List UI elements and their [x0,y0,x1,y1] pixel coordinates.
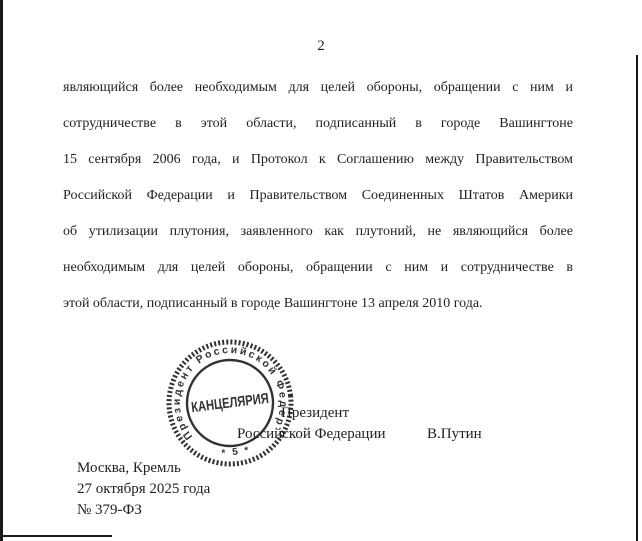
body-text-line: об утилизации плутония, заявленного как … [63,214,573,250]
document-page: 2 являющийся более необходимым для целей… [0,0,642,541]
body-text-line: этой области, подписанный в городе Вашин… [63,286,573,322]
stamp-bottom-text: * 5 * [221,445,251,459]
body-text-line: Российской Федерации и Правительством Со… [63,178,573,214]
page-number: 2 [0,38,642,55]
footer-number: № 379-ФЗ [77,500,210,521]
scan-border-bottom-left [0,535,112,537]
body-text-line: 15 сентября 2006 года, и Протокол к Согл… [63,142,573,178]
scan-border-left [0,0,3,541]
signature-name: В.Путин [427,426,482,443]
law-paragraph: являющийся более необходимым для целей о… [63,70,573,322]
body-text-line: сотрудничестве в этой области, подписанн… [63,106,573,142]
body-text-line: являющийся более необходимым для целей о… [63,70,573,106]
chancellery-stamp-icon: Президент Российской Федерации КАНЦЕЛЯРИ… [155,328,304,477]
body-text-line: необходимым для целей обороны, обращении… [63,250,573,286]
footer-date: 27 октября 2025 года [77,479,210,500]
stamp-center-text: КАНЦЕЛЯРИЯ [190,391,269,416]
scan-border-right [636,55,638,541]
